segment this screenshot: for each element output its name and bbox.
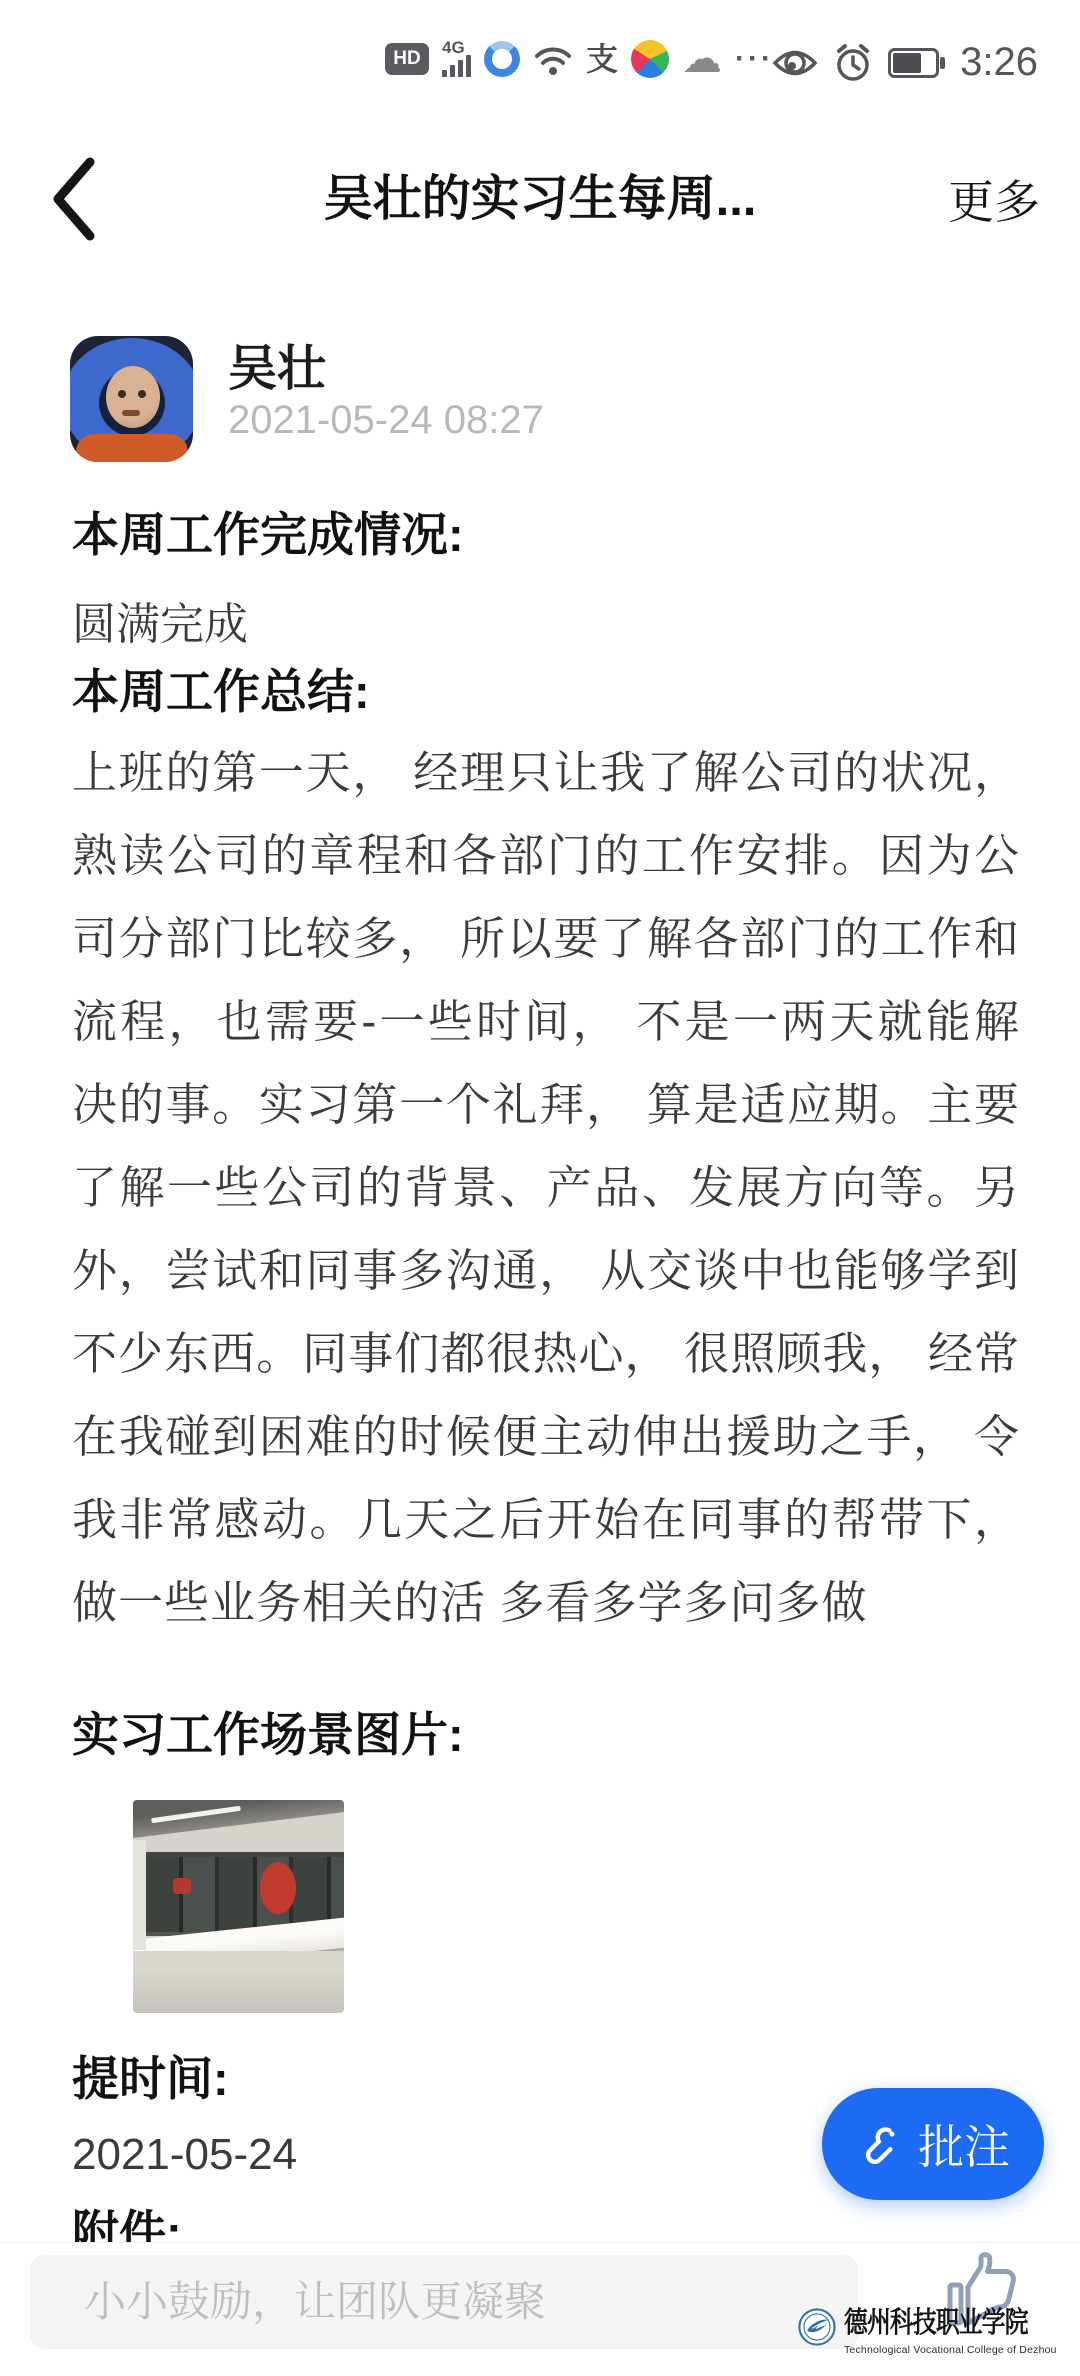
avatar-mouth-art bbox=[122, 410, 140, 416]
network-type-label: 4G bbox=[442, 41, 465, 55]
alarm-icon bbox=[832, 43, 874, 83]
status-bar: HD 4G 支 ☁ ··· bbox=[0, 0, 1080, 110]
avatar-eye-art bbox=[118, 390, 126, 398]
college-logo-icon bbox=[798, 2300, 836, 2354]
photo-pillar-art bbox=[133, 1840, 146, 1950]
nav-bar: 吴壮的实习生每周... 更多 bbox=[0, 120, 1080, 280]
annotate-hand-icon bbox=[856, 2119, 906, 2169]
clock-time: 3:26 bbox=[960, 40, 1038, 85]
avatar-eye-art bbox=[138, 390, 146, 398]
college-watermark: 德州科技职业学院 Technological Vocational Colleg… bbox=[798, 2300, 1068, 2356]
avatar-body-art bbox=[76, 434, 188, 462]
photo-red-sign-small-art bbox=[173, 1878, 191, 1894]
more-notifications-icon: ··· bbox=[735, 42, 774, 76]
college-name-en: Technological Vocational College of Dezh… bbox=[844, 2344, 1068, 2356]
browser-app-icon bbox=[484, 41, 520, 77]
alipay-icon: 支 bbox=[586, 42, 618, 76]
scene-photo-thumbnail[interactable] bbox=[133, 1800, 344, 2013]
photo-lower-art bbox=[133, 1951, 344, 2013]
completion-value: 圆满完成 bbox=[72, 588, 248, 652]
status-icons-left: HD 4G 支 ☁ ··· bbox=[385, 40, 774, 78]
app-screen: HD 4G 支 ☁ ··· bbox=[0, 0, 1080, 2376]
completion-section-label: 本周工作完成情况: bbox=[72, 498, 464, 565]
photo-red-sign-art bbox=[260, 1862, 296, 1914]
page-title: 吴壮的实习生每周... bbox=[0, 160, 1080, 230]
signal-bars-icon bbox=[442, 55, 471, 77]
post-datetime: 2021-05-24 08:27 bbox=[228, 398, 544, 443]
eye-comfort-icon bbox=[772, 46, 818, 80]
avatar[interactable] bbox=[70, 336, 193, 462]
more-button[interactable]: 更多 bbox=[948, 166, 1040, 232]
summary-section-label: 本周工作总结: bbox=[72, 655, 370, 722]
battery-icon bbox=[888, 48, 946, 78]
encourage-input[interactable] bbox=[30, 2255, 858, 2349]
cell-signal-icon: 4G bbox=[442, 41, 471, 77]
annotate-button-label: 批注 bbox=[918, 2111, 1010, 2177]
wifi-icon bbox=[533, 42, 573, 76]
cloud-icon: ☁ bbox=[682, 41, 722, 77]
author-name: 吴壮 bbox=[228, 330, 326, 400]
app-swirl-icon bbox=[631, 40, 669, 78]
submit-time-label: 提时间: bbox=[72, 2042, 229, 2109]
avatar-face-art bbox=[106, 366, 160, 428]
status-icons-right: 3:26 bbox=[772, 40, 1038, 85]
hd-badge-icon: HD bbox=[385, 43, 429, 75]
college-name-cn: 德州科技职业学院 bbox=[844, 2300, 1028, 2341]
submit-time-value: 2021-05-24 bbox=[72, 2130, 297, 2180]
scene-photos-label: 实习工作场景图片: bbox=[72, 1698, 464, 1765]
college-watermark-text: 德州科技职业学院 Technological Vocational Colleg… bbox=[844, 2300, 1068, 2356]
summary-text: 上班的第一天， 经理只让我了解公司的状况， 熟读公司的章程和各部门的工作安排。因… bbox=[72, 731, 1020, 1644]
annotate-button[interactable]: 批注 bbox=[822, 2088, 1044, 2200]
